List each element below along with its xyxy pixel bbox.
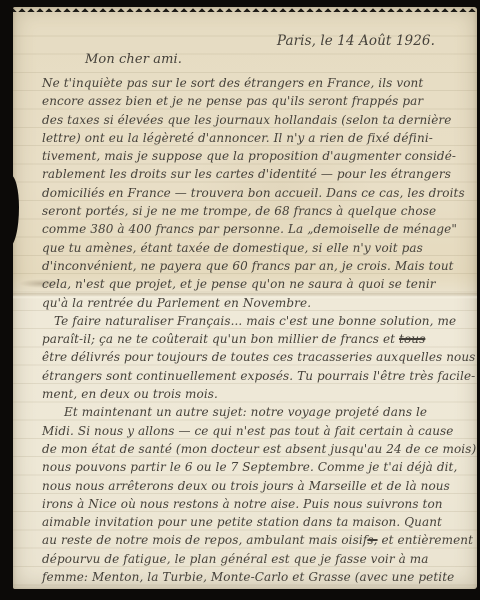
letter-line: ment, en deux ou trois mois.: [42, 385, 471, 403]
struck-word: s,: [367, 533, 377, 547]
letter-line: que tu amènes, étant taxée de domestique…: [42, 239, 471, 257]
letter-line: rablement les droits sur les cartes d'id…: [42, 165, 471, 183]
letter-line: de mon état de santé (mon docteur est ab…: [42, 440, 471, 458]
letter-line: aimable invitation pour une petite stati…: [42, 513, 471, 531]
letter-line: tivement, mais je suppose que la proposi…: [42, 147, 471, 165]
perforated-edge: [13, 7, 477, 12]
dateline: Paris, le 14 Août 1926.: [42, 31, 471, 51]
letter-line: Midi. Si nous y allons — ce qui n'est pa…: [42, 422, 471, 440]
letter-line: femme: Menton, la Turbie, Monte-Carlo et…: [42, 568, 471, 586]
letter-line: Ne t'inquiète pas sur le sort des étrang…: [42, 74, 471, 92]
letter-line: nous pouvons partir le 6 ou le 7 Septemb…: [42, 458, 471, 476]
letter-line: d'inconvénient, ne payera que 60 francs …: [42, 257, 471, 275]
letter-line: nous nous arrêterons deux ou trois jours…: [42, 477, 471, 495]
letter-line: encore assez bien et je ne pense pas qu'…: [42, 92, 471, 110]
letter-body: Ne t'inquiète pas sur le sort des étrang…: [42, 74, 471, 586]
struck-word: tous: [399, 332, 425, 346]
letter-line: qu'à la rentrée du Parlement en Novembre…: [42, 294, 471, 312]
letter-line: Te faire naturaliser Français... mais c'…: [42, 312, 471, 330]
letter-line: étrangers sont continuellement exposés. …: [42, 367, 471, 385]
letter-line: au reste de notre mois de repos, ambulan…: [42, 531, 471, 549]
letter-line: domiciliés en France — trouvera bon accu…: [42, 184, 471, 202]
letter-line: être délivrés pour toujours de toutes ce…: [42, 348, 471, 366]
letter-line: cela, n'est que projet, et je pense qu'o…: [42, 275, 471, 293]
letter-line: dépourvu de fatigue, le plan général est…: [42, 550, 471, 568]
letter-line: Et maintenant un autre sujet: notre voya…: [42, 403, 471, 421]
letter-line: paraît-il; ça ne te coûterait qu'un bon …: [42, 330, 471, 348]
letter-line: comme 380 à 400 francs par personne. La …: [42, 220, 471, 238]
letter-page: Paris, le 14 Août 1926. Mon cher ami. Ne…: [13, 7, 477, 589]
letter-line: seront portés, si je ne me trompe, de 68…: [42, 202, 471, 220]
letter-content: Paris, le 14 Août 1926. Mon cher ami. Ne…: [13, 7, 477, 589]
letter-line: des taxes si élevées que les journaux ho…: [42, 111, 471, 129]
salutation: Mon cher ami.: [85, 51, 471, 69]
letter-line: lettre) ont eu la légèreté d'annoncer. I…: [42, 129, 471, 147]
letter-line: irons à Nice où nous restons à notre ais…: [42, 495, 471, 513]
